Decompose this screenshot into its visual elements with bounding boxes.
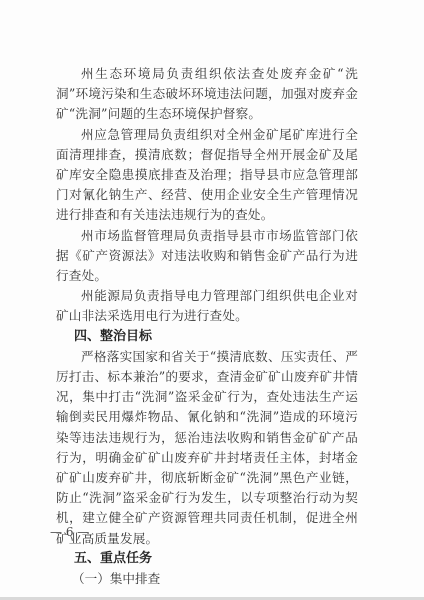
document-page: 州生态环境局负责组织依法查处废弃金矿“洗洞”环境污染和生态破坏环境违法问题，加强…: [0, 0, 424, 600]
document-body: 州生态环境局负责组织依法查处废弃金矿“洗洞”环境污染和生态破坏环境违法问题，加强…: [56, 64, 358, 589]
section-heading-key-tasks: 五、重点任务: [56, 549, 358, 569]
paragraph-market-supervision: 州市场监督管理局负责指导县市市场监管部门依据《矿产资源法》对违法收购和销售金矿产…: [56, 226, 358, 287]
paragraph-goals: 严格落实国家和省关于“摸清底数、压实责任、严厉打击、标本兼治”的要求，查清金矿矿…: [56, 347, 358, 549]
page-number: — 6 —: [50, 525, 89, 539]
paragraph-energy-bureau: 州能源局负责指导电力管理部门组织供电企业对矿山非法采选用电行为进行查处。: [56, 286, 358, 326]
subheading-centralized-inspection: （一）集中排查: [56, 569, 358, 589]
paragraph-ecology-bureau: 州生态环境局负责组织依法查处废弃金矿“洗洞”环境污染和生态破坏环境违法问题，加强…: [56, 64, 358, 125]
section-heading-goals: 四、整治目标: [56, 327, 358, 347]
paragraph-emergency-bureau: 州应急管理局负责组织对全州金矿尾矿库进行全面清理排查，摸清底数；督促指导全州开展…: [56, 125, 358, 226]
